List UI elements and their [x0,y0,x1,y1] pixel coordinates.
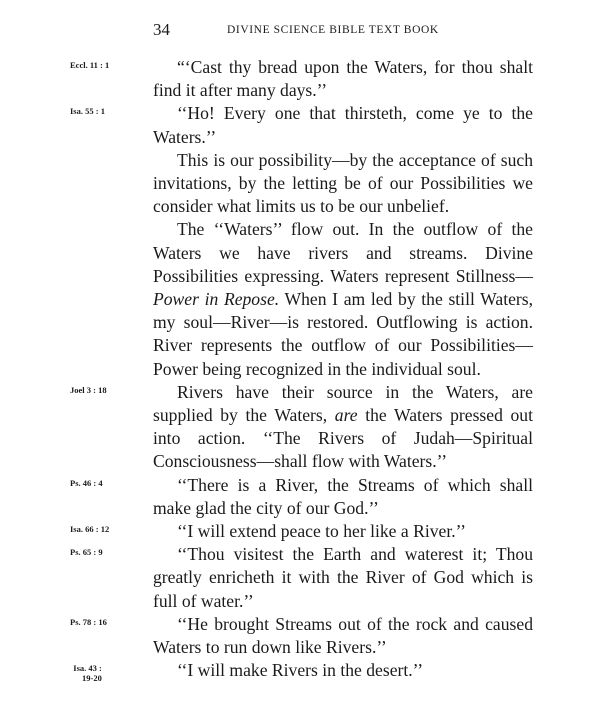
paragraph-text: ‘‘He brought Streams out of the rock and… [153,613,533,659]
page-body: Eccl. 11 : 1 “‘Cast thy bread upon the W… [0,56,600,682]
scripture-reference: Ps. 65 : 9 [70,548,103,558]
page-header: 34 DIVINE SCIENCE BIBLE TEXT BOOK [153,20,533,44]
paragraph: Joel 3 : 18 Rivers have their source in … [0,381,600,474]
paragraph: Ps. 46 : 4 ‘‘There is a River, the Strea… [0,474,600,520]
scripture-reference: Ps. 78 : 16 [70,618,107,628]
reference-line: Isa. 43 : [73,663,102,673]
italic-text-run: Power in Repose. [153,289,279,309]
paragraph: Isa. 55 : 1 ‘‘Ho! Every one that thirste… [0,102,600,148]
paragraph-text: ‘‘I will make Rivers in the desert.’’ [153,659,533,682]
scripture-reference: Isa. 55 : 1 [70,107,105,117]
italic-text-run: are [335,405,358,425]
paragraph: Ps. 65 : 9 ‘‘Thou visitest the Earth and… [0,543,600,613]
scripture-reference: Joel 3 : 18 [70,386,107,396]
paragraph: Eccl. 11 : 1 “‘Cast thy bread upon the W… [0,56,600,102]
page-number: 34 [153,20,170,40]
paragraph: Isa. 43 :19-20 ‘‘I will make Rivers in t… [0,659,600,682]
scripture-reference: Eccl. 11 : 1 [70,61,109,71]
scripture-reference: Ps. 46 : 4 [70,479,103,489]
paragraph-text: The ‘‘Waters’’ flow out. In the outflow … [153,218,533,380]
book-page: 34 DIVINE SCIENCE BIBLE TEXT BOOK Eccl. … [0,0,600,709]
paragraph: This is our possibility—by the acceptanc… [0,149,600,219]
paragraph-text: ‘‘I will extend peace to her like a Rive… [153,520,533,543]
reference-line: 19-20 [70,674,102,684]
paragraph-text: ‘‘Ho! Every one that thirsteth, come ye … [153,102,533,148]
scripture-reference: Isa. 43 :19-20 [70,664,102,683]
scripture-reference: Isa. 66 : 12 [70,525,109,535]
running-title: DIVINE SCIENCE BIBLE TEXT BOOK [227,24,439,36]
text-run: The ‘‘Waters’’ flow out. In the outflow … [153,219,533,285]
paragraph-text: ‘‘Thou visitest the Earth and waterest i… [153,543,533,613]
paragraph-text: “‘Cast thy bread upon the Waters, for th… [153,56,533,102]
paragraph: Ps. 78 : 16 ‘‘He brought Streams out of … [0,613,600,659]
paragraph: The ‘‘Waters’’ flow out. In the outflow … [0,218,600,380]
paragraph-text: Rivers have their source in the Waters, … [153,381,533,474]
paragraph-text: This is our possibility—by the acceptanc… [153,149,533,219]
paragraph-text: ‘‘There is a River, the Streams of which… [153,474,533,520]
paragraph: Isa. 66 : 12 ‘‘I will extend peace to he… [0,520,600,543]
